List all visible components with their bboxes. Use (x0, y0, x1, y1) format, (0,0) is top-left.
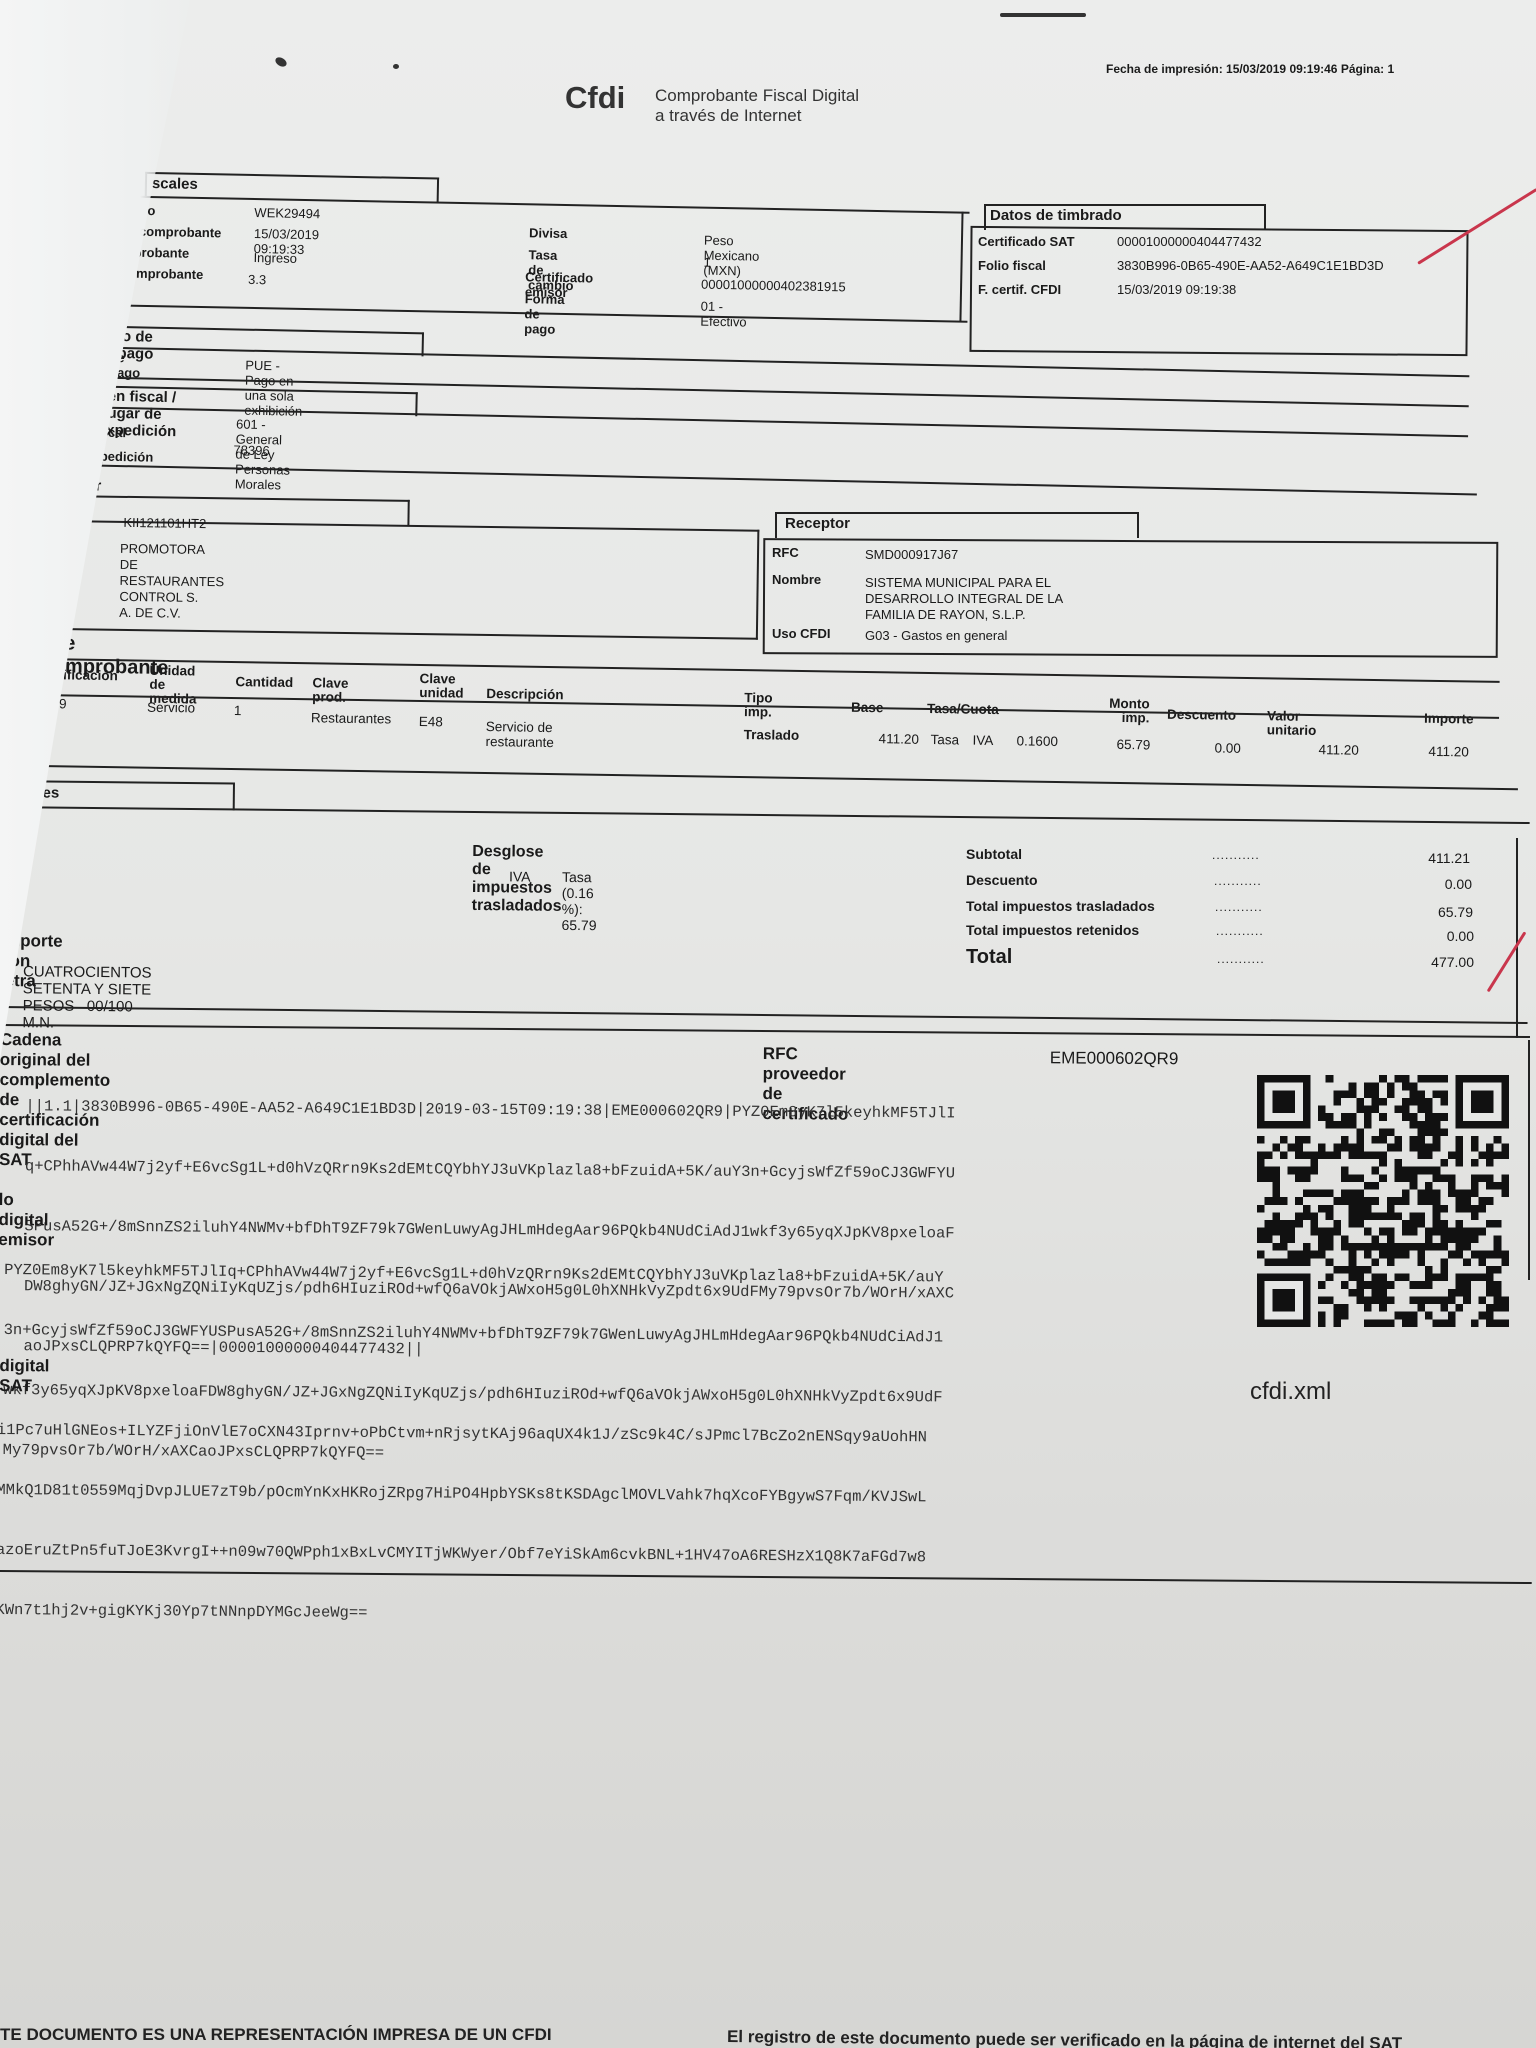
cfdi-logo: Cfdi (565, 80, 625, 116)
leader-dots: ........... (1214, 874, 1262, 888)
document-page: Cfdi Comprobante Fiscal Digital a través… (0, 0, 1536, 2048)
print-date: Fecha de impresión: 15/03/2019 09:19:46 … (1106, 62, 1394, 76)
tasa-cambio-value: 1 (703, 255, 711, 270)
field-label: probante (133, 245, 189, 261)
divisa-value: Peso Mexicano (MXN) (703, 233, 759, 279)
cell-tasa: 0.1600 (1016, 733, 1058, 749)
impuestos-trasladados-label: Total impuestos trasladados (966, 898, 1155, 914)
smudge (274, 56, 288, 69)
emisor-nombre-value: PROMOTORA DE RESTAURANTES CONTROL S. A. … (119, 541, 225, 622)
qr-code-icon (1252, 1075, 1514, 1327)
column-header: Cantidad (235, 675, 293, 690)
forma-pago-value: 01 - Efectivo (700, 299, 747, 330)
footer-right-text: El registro de este documento puede ser … (727, 2027, 1402, 2048)
cell-cantidad: 1 (234, 703, 242, 718)
desglose-tax-value: Tasa (0.16 %): 65.79 (561, 869, 597, 933)
sello-sat-text: i1Pc7uHlGNEos+ILYZFjiOnVlE7oCXN43Iprnv+o… (0, 1380, 927, 1667)
version-value: 3.3 (248, 272, 266, 287)
field-label: Uso CFDI (772, 626, 831, 641)
datos-fiscales-title: scales (152, 175, 198, 193)
qr-caption: cfdi.xml (1250, 1378, 1331, 1406)
subtitle-line-1: Comprobante Fiscal Digital (655, 86, 859, 106)
tipo-comprobante-value: Ingreso (253, 250, 297, 266)
desglose-tax-name: IVA (509, 868, 531, 884)
subtotal-label: Subtotal (966, 846, 1022, 862)
cell-tipo-imp: Traslado (744, 727, 800, 743)
smudge (393, 64, 399, 69)
cell-base: 411.20 (879, 731, 920, 747)
receptor-nombre-value: SISTEMA MUNICIPAL PARA EL DESARROLLO INT… (865, 575, 1063, 623)
impuestos-retenidos-value: 0.00 (1354, 928, 1474, 944)
lugar-expedicion-value: 78396 (233, 442, 269, 458)
field-label: Divisa (529, 225, 568, 241)
cell-importe: 411.20 (1428, 744, 1469, 760)
receptor-rfc-value: SMD000917J67 (865, 547, 958, 562)
field-label: comprobante (139, 224, 222, 241)
receptor-nombre-line: SISTEMA MUNICIPAL PARA EL (865, 575, 1063, 591)
cell-unidad: Servicio (147, 700, 195, 716)
print-date-value: 15/03/2019 09:19:46 (1226, 62, 1337, 76)
serie-folio-value: WEK29494 (254, 205, 320, 221)
field-label: Folio fiscal (978, 258, 1046, 273)
cell-clave-prod: Restaurantes (311, 710, 392, 726)
cell-monto-imp: 65.79 (1116, 737, 1150, 753)
column-header: Importe (1424, 712, 1474, 727)
cell-valor-unitario: 411.20 (1318, 742, 1359, 758)
column-header: Descripción (486, 687, 563, 702)
total-label: Total (966, 946, 1012, 969)
cell-descuento: 0.00 (1214, 740, 1241, 755)
field-label: omprobante (128, 266, 203, 282)
timbrado-title: Datos de timbrado (990, 207, 1122, 224)
receptor-uso-cfdi-value: G03 - Gastos en general (865, 628, 1007, 643)
certificado-sat-value: 00001000000404477432 (1117, 234, 1262, 249)
print-date-label: Fecha de impresión: (1106, 62, 1223, 76)
emisor-nombre-line: A. DE C.V. (119, 605, 224, 622)
page-number: 1 (1388, 62, 1395, 76)
subtitle-line-2: a través de Internet (655, 106, 859, 126)
folio-fiscal-value: 3830B996-0B65-490E-AA52-A649C1E1BD3D (1117, 258, 1384, 273)
tape-mark (1000, 13, 1086, 17)
field-label: F. certif. CFDI (978, 282, 1061, 297)
impuestos-trasladados-value: 65.79 (1353, 904, 1473, 920)
page-label: Página: (1341, 62, 1384, 76)
emisor-rfc-value: KII121101HT2 (123, 515, 206, 531)
leader-dots: ........... (1216, 924, 1264, 938)
importe-letra-value: CUATROCIENTOS SETENTA Y SIETE PESOS 00/1… (22, 963, 151, 1032)
descuento-label: Descuento (966, 872, 1038, 888)
field-label: Certificado SAT (978, 234, 1075, 249)
footer-left-text: TE DOCUMENTO ES UNA REPRESENTACIÓN IMPRE… (0, 2025, 552, 2045)
leader-dots: ........... (1215, 900, 1263, 914)
cell-tasa-tipo: Tasa (931, 732, 960, 747)
field-label: RFC (772, 545, 799, 560)
column-header: Claveunidad (419, 672, 464, 701)
fecha-certificacion-value: 15/03/2019 09:19:38 (1117, 282, 1236, 297)
leader-dots: ........... (1217, 952, 1265, 966)
receptor-title: Receptor (785, 515, 850, 532)
descuento-value: 0.00 (1352, 876, 1472, 892)
cfdi-subtitle: Comprobante Fiscal Digital a través de I… (655, 86, 859, 126)
cell-impuesto: IVA (973, 733, 994, 748)
receptor-nombre-line: DESARROLLO INTEGRAL DE LA (865, 591, 1063, 607)
subtotal-value: 411.21 (1350, 850, 1470, 866)
receptor-nombre-line: FAMILIA DE RAYON, S.L.P. (865, 607, 1063, 623)
cell-clave-unidad: E48 (419, 714, 443, 729)
total-value: 477.00 (1354, 954, 1474, 970)
red-check-mark (1487, 931, 1527, 992)
red-check-mark (1417, 188, 1536, 265)
cell-descripcion: Servicio de restaurante (485, 719, 554, 750)
certificado-emisor-value: 00001000000402381915 (701, 277, 846, 295)
emisor-nombre-line: PROMOTORA DE RESTAURANTES CONTROL S. (119, 541, 224, 606)
leader-dots: ........... (1212, 848, 1260, 862)
column-header: Descuento (1167, 708, 1236, 723)
field-label: Nombre (772, 572, 821, 587)
impuestos-retenidos-label: Total impuestos retenidos (966, 922, 1139, 938)
rfc-proveedor-value: EME000602QR9 (1050, 1048, 1179, 1069)
